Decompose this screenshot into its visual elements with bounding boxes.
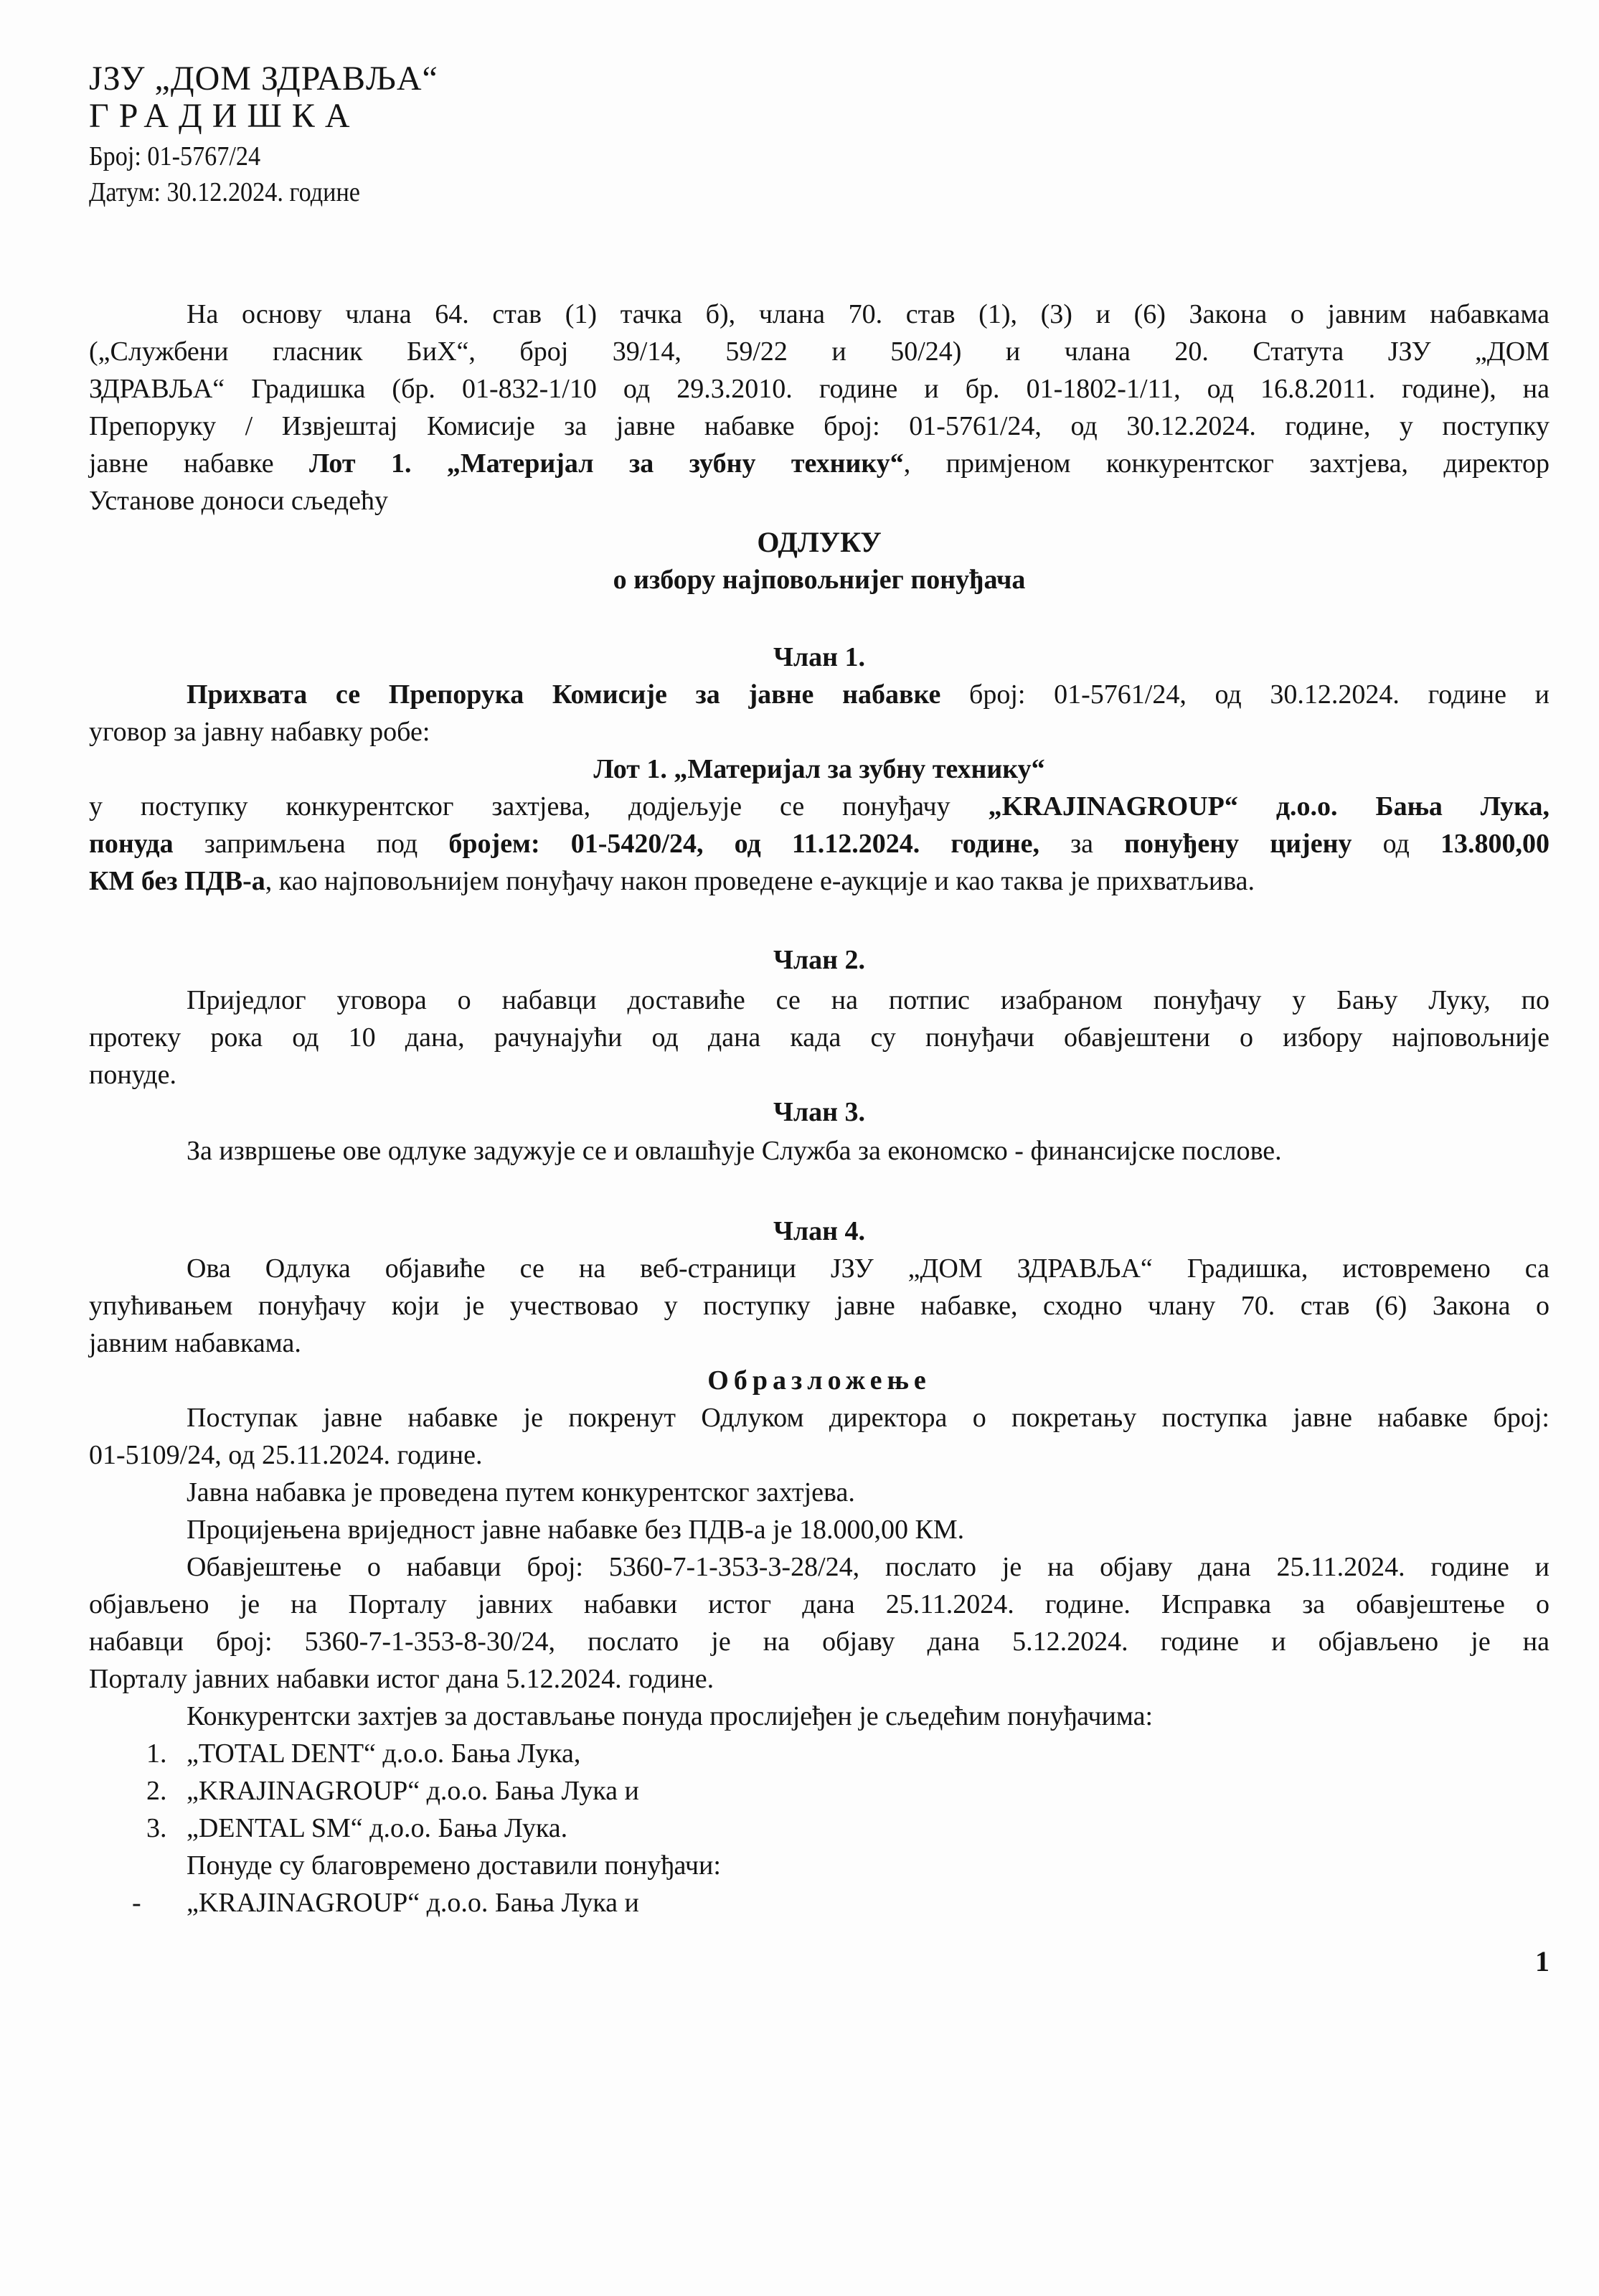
selected-bidder: „KRAJINAGROUP“ д.о.о. Бања Лука, — [989, 791, 1550, 822]
article-1-line: КМ без ПДВ-а, као најповољнијем понуђачу… — [89, 862, 1550, 900]
bidder-name: „TOTAL DENT“ д.о.о. Бања Лука, — [187, 1739, 580, 1769]
offer-number: бројем: 01-5420/24, од 11.12.2024. годин… — [448, 829, 1039, 859]
preamble-line: јавне набавке Лот 1. „Материјал за зубну… — [89, 445, 1550, 482]
submitted-bidder-item: -„KRAJINAGROUP“ д.о.о. Бања Лука и — [89, 1884, 1550, 1921]
article-text: , као најповољнијем понуђачу након прове… — [265, 866, 1255, 896]
article-text: број: 01-5761/24, од 30.12.2024. године … — [940, 679, 1550, 710]
institution-name: ЈЗУ „ДОМ ЗДРАВЉА“ — [89, 59, 438, 98]
bidder-name: „KRAJINAGROUP“ д.о.о. Бања Лука и — [187, 1888, 639, 1918]
rationale-line: Обавјештење о набавци број: 5360-7-1-353… — [89, 1548, 1550, 1586]
invited-bidder-item: 2.„KRAJINAGROUP“ д.о.о. Бања Лука и — [89, 1772, 1550, 1810]
lot-reference: Лот 1. „Материјал за зубну технику“ — [309, 448, 904, 479]
bidder-name: „KRAJINAGROUP“ д.о.о. Бања Лука и — [187, 1776, 639, 1806]
list-bullet: - — [132, 1884, 187, 1921]
bidder-name: „DENTAL SM“ д.о.о. Бања Лука. — [187, 1813, 567, 1843]
institution-city: ГРАДИШКА — [89, 96, 359, 136]
preamble-line: Установе доноси сљедећу — [89, 482, 1550, 519]
rationale-line: објављено је на Порталу јавних набавки и… — [89, 1586, 1550, 1623]
preamble-text: јавне набавке — [89, 448, 309, 479]
document-date: Датум: 30.12.2024. године — [89, 177, 360, 208]
list-number: 2. — [146, 1772, 187, 1810]
page-number: 1 — [1535, 1944, 1550, 1978]
article-text-bold: Прихвата се Препорука Комисије за јавне … — [187, 679, 940, 710]
rationale-line: Јавна набавка је проведена путем конкуре… — [89, 1474, 1550, 1511]
article-2-line: протеку рока од 10 дана, рачунајући од д… — [89, 1019, 1550, 1056]
rationale-line: Конкурентски захтјев за достављање понуд… — [89, 1698, 1550, 1735]
estimated-value-line: Процијењена вриједност јавне набавке без… — [89, 1511, 1550, 1548]
article-4-heading: Члан 4. — [89, 1213, 1550, 1250]
preamble-line: На основу члана 64. став (1) тачка б), ч… — [89, 296, 1550, 333]
invited-bidder-item: 1.„TOTAL DENT“ д.о.о. Бања Лука, — [89, 1735, 1550, 1772]
list-number: 3. — [146, 1810, 187, 1847]
article-text: запримљена под — [174, 829, 449, 859]
article-1-line: у поступку конкурентског захтјева, додје… — [89, 788, 1550, 825]
rationale-line: 01-5109/24, од 25.11.2024. године. — [89, 1436, 1550, 1474]
preamble-line: ЗДРАВЉА“ Градишка (бр. 01-832-1/10 од 29… — [89, 370, 1550, 408]
article-text: у поступку конкурентског захтјева, додје… — [89, 791, 989, 822]
decision-title: ОДЛУКУ — [89, 524, 1550, 561]
lot-title: Лот 1. „Материјал за зубну технику“ — [89, 751, 1550, 788]
preamble-text: , примјеном конкурентског захтјева, дире… — [904, 448, 1550, 479]
list-number: 1. — [146, 1735, 187, 1772]
article-2-line: понуде. — [89, 1056, 1550, 1093]
preamble-text: На основу члана 64. став (1) тачка б), ч… — [187, 296, 1550, 333]
article-1-line: Прихвата се Препорука Комисије за јавне … — [89, 676, 1550, 713]
price-currency: КМ без ПДВ-а — [89, 866, 265, 896]
offer-price: 13.800,00 — [1440, 829, 1550, 859]
article-1-line: уговор за јавну набавку робе: — [89, 713, 1550, 751]
preamble-line: Препоруку / Извјештај Комисије за јавне … — [89, 408, 1550, 445]
article-1-line: понуда запримљена под бројем: 01-5420/24… — [89, 825, 1550, 862]
article-text-bold: понуда — [89, 829, 174, 859]
article-1-heading: Члан 1. — [89, 639, 1550, 676]
rationale-line: набавци број: 5360-7-1-353-8-30/24, посл… — [89, 1623, 1550, 1660]
invited-bidder-item: 3.„DENTAL SM“ д.о.о. Бања Лука. — [89, 1810, 1550, 1847]
article-4-line: јавним набавкама. — [89, 1325, 1550, 1362]
article-text: од — [1352, 829, 1440, 859]
rationale-line: Порталу јавних набавки истог дана 5.12.2… — [89, 1660, 1550, 1698]
decision-subtitle: о избору најповољнијег понуђача — [89, 561, 1550, 598]
rationale-line: Поступак јавне набавке је покренут Одлук… — [89, 1399, 1550, 1436]
article-3-heading: Члан 3. — [89, 1093, 1550, 1131]
article-2-line: Приједлог уговора о набавци доставиће се… — [89, 982, 1550, 1019]
article-2-heading: Члан 2. — [89, 941, 1550, 979]
article-4-line: Ова Одлука објавиће се на веб-страници Ј… — [89, 1250, 1550, 1287]
article-text: за — [1039, 829, 1124, 859]
rationale-line: Понуде су благовремено доставили понуђач… — [89, 1847, 1550, 1884]
article-3-line: За извршење ове одлуке задужује се и овл… — [89, 1132, 1550, 1170]
article-text-bold: понуђену цијену — [1124, 829, 1352, 859]
rationale-heading: Образложење — [89, 1362, 1550, 1399]
document-number: Број: 01-5767/24 — [89, 141, 260, 172]
article-4-line: упућивањем понуђачу који је учествовао у… — [89, 1287, 1550, 1325]
preamble-line: („Службени гласник БиХ“, број 39/14, 59/… — [89, 333, 1550, 370]
